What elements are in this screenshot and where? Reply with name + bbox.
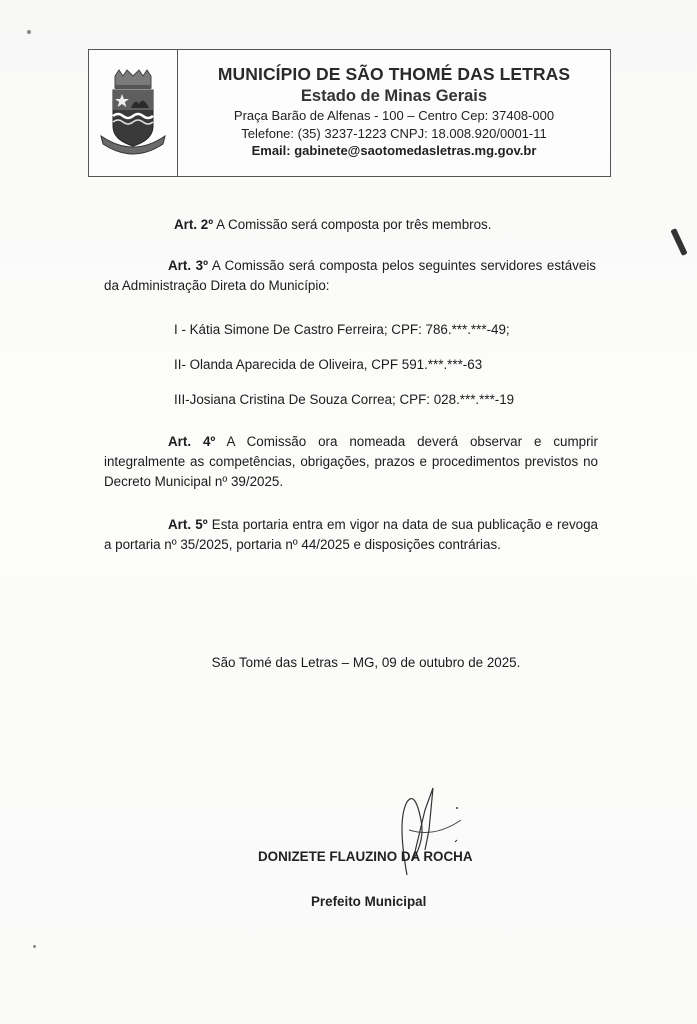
address: Praça Barão de Alfenas - 100 – Centro Ce… [178,107,610,124]
member-1: I - Kátia Simone De Castro Ferreira; CPF… [174,320,510,340]
article-label: Art. 3º [168,258,208,273]
email: Email: gabinete@saotomedasletras.mg.gov.… [178,142,610,159]
signatory-name: DONIZETE FLAUZINO DA ROCHA [258,849,473,864]
scan-mark [670,228,687,256]
article-2: Art. 2º A Comissão será composta por trê… [110,215,602,235]
logo-cell [89,50,178,176]
article-label: Art. 2º [174,217,213,232]
article-5: Art. 5º Esta portaria entra em vigor na … [104,515,598,555]
letterhead: MUNICÍPIO DE SÃO THOMÉ DAS LETRAS Estado… [88,49,611,177]
phone-cnpj: Telefone: (35) 3237-1223 CNPJ: 18.008.92… [178,125,610,142]
signature-icon [395,780,470,880]
coat-of-arms-icon [97,68,169,158]
state-name: Estado de Minas Gerais [178,87,610,106]
member-3: III-Josiana Cristina De Souza Correa; CP… [174,390,514,410]
municipality-title: MUNICÍPIO DE SÃO THOMÉ DAS LETRAS [178,64,610,85]
article-4: Art. 4º A Comissão ora nomeada deverá ob… [104,432,598,492]
signatory-role: Prefeito Municipal [311,894,426,909]
article-3: Art. 3º A Comissão será composta pelos s… [104,256,596,296]
article-label: Art. 4º [168,434,215,449]
member-2: II- Olanda Aparecida de Oliveira, CPF 59… [174,355,482,375]
letterhead-text: MUNICÍPIO DE SÃO THOMÉ DAS LETRAS Estado… [178,50,610,176]
article-label: Art. 5º [168,517,208,532]
article-text: A Comissão será composta por três membro… [213,217,491,232]
scan-speck [27,30,31,34]
document-page: MUNICÍPIO DE SÃO THOMÉ DAS LETRAS Estado… [0,0,697,1024]
scan-speck [33,945,36,948]
date-line: São Tomé das Letras – MG, 09 de outubro … [0,655,697,670]
